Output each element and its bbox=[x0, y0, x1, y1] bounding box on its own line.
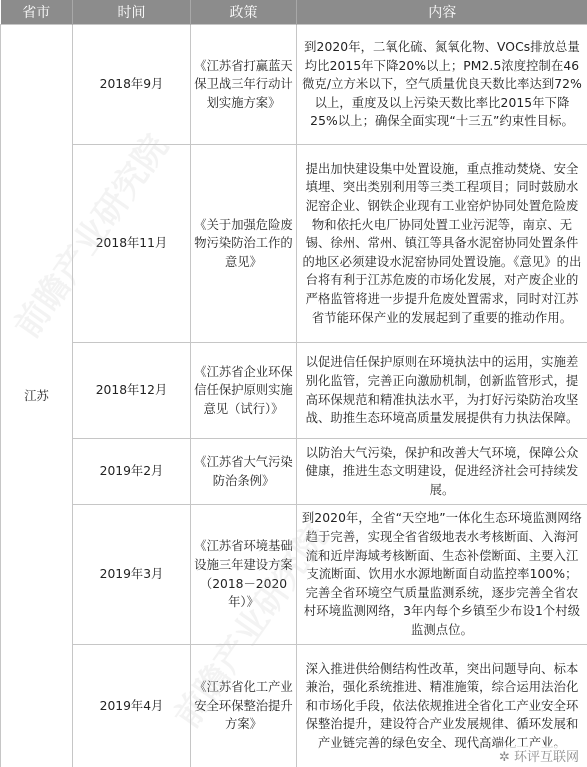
policy-cell: 《江苏省企业环保信任保护原则实施意见（试行）》 bbox=[191, 343, 297, 439]
footer-watermark: ✲ 环评互联网 bbox=[499, 746, 579, 765]
header-content: 内容 bbox=[297, 0, 587, 25]
time-cell: 2018年9月 bbox=[73, 25, 191, 145]
content-cell: 以防治大气污染，保护和改善大气环境，保障公众健康，推进生态文明建设，促进经济社会… bbox=[297, 439, 587, 505]
policy-cell: 《关于加强危险废物污染防治工作的意见》 bbox=[191, 145, 297, 343]
wechat-icon: ✲ bbox=[499, 750, 514, 765]
header-time: 时间 bbox=[73, 0, 191, 25]
time-cell: 2018年11月 bbox=[73, 145, 191, 343]
content-cell: 到2020年，二氧化硫、氮氧化物、VOCs排放总量均比2015年下降20%以上；… bbox=[297, 25, 587, 145]
content-cell: 提出加快建设集中处置设施，重点推动焚烧、安全填埋、突出类别利用等三类工程项目；同… bbox=[297, 145, 587, 343]
table-row: 2019年2月 《江苏省大气污染防治条例》 以防治大气污染，保护和改善大气环境，… bbox=[1, 439, 587, 505]
table-row: 江苏 2018年9月 《江苏省打赢蓝天保卫战三年行动计划实施方案》 到2020年… bbox=[1, 25, 587, 145]
time-cell: 2019年2月 bbox=[73, 439, 191, 505]
header-province: 省市 bbox=[1, 0, 73, 25]
table-row: 2018年12月 《江苏省企业环保信任保护原则实施意见（试行）》 以促进信任保护… bbox=[1, 343, 587, 439]
time-cell: 2019年4月 bbox=[73, 645, 191, 767]
province-cell: 江苏 bbox=[1, 25, 73, 767]
policy-cell: 《江苏省打赢蓝天保卫战三年行动计划实施方案》 bbox=[191, 25, 297, 145]
policy-table: 省市 时间 政策 内容 江苏 2018年9月 《江苏省打赢蓝天保卫战三年行动计划… bbox=[0, 0, 587, 767]
table-row: 2018年11月 《关于加强危险废物污染防治工作的意见》 提出加快建设集中处置设… bbox=[1, 145, 587, 343]
time-cell: 2018年12月 bbox=[73, 343, 191, 439]
policy-cell: 《江苏省环境基础设施三年建设方案（2018－2020年）》 bbox=[191, 505, 297, 645]
content-cell: 到2020年，全省“天空地”一体化生态环境监测网络趋于完善，实现全省省级地表水考… bbox=[297, 505, 587, 645]
table-header-row: 省市 时间 政策 内容 bbox=[1, 0, 587, 25]
content-cell: 以促进信任保护原则在环境执法中的运用，实施差别化监管，完善正向激励机制，创新监管… bbox=[297, 343, 587, 439]
header-policy: 政策 bbox=[191, 0, 297, 25]
table-row: 2019年3月 《江苏省环境基础设施三年建设方案（2018－2020年）》 到2… bbox=[1, 505, 587, 645]
policy-cell: 《江苏省化工产业安全环保整治提升方案》 bbox=[191, 645, 297, 767]
time-cell: 2019年3月 bbox=[73, 505, 191, 645]
policy-cell: 《江苏省大气污染防治条例》 bbox=[191, 439, 297, 505]
